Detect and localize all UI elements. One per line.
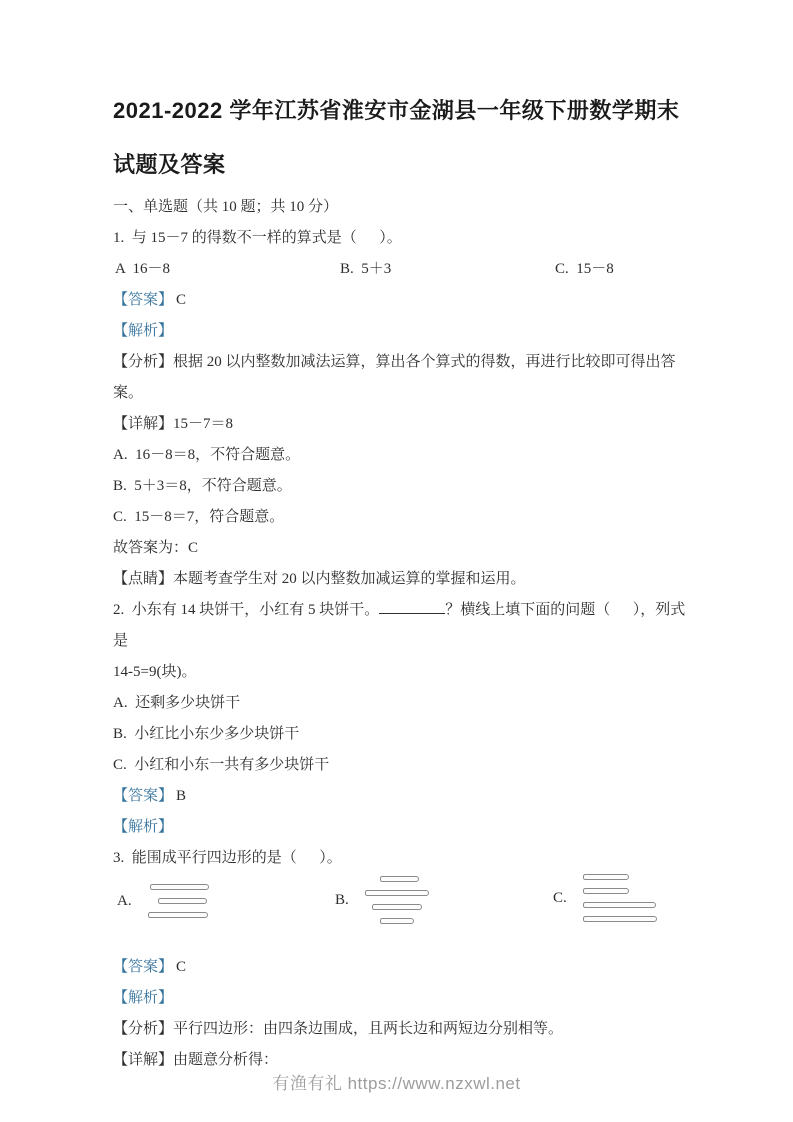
q3-answer-line: 【答案】C xyxy=(113,952,695,983)
q1-options-row: A 16－8 B. 5＋3 C. 15－8 xyxy=(113,254,695,285)
q1-answer-value: C xyxy=(176,292,186,308)
q2-analysis-tag-line: 【解析】 xyxy=(113,812,695,843)
stick-rod xyxy=(365,890,429,896)
q3-answer-value: C xyxy=(176,959,186,975)
q2-answer-value: B xyxy=(176,788,186,804)
q2-answer-line: 【答案】B xyxy=(113,781,695,812)
q3-analysis-tag-line: 【解析】 xyxy=(113,983,695,1014)
document-title: 2021-2022 学年江苏省淮安市金湖县一年级下册数学期末试题及答案 xyxy=(113,84,695,192)
q1-detail-a: A. 16－8＝8，不符合题意。 xyxy=(113,440,695,471)
q1-detail-b: B. 5＋3＝8，不符合题意。 xyxy=(113,471,695,502)
stick-rod xyxy=(583,888,629,894)
exam-document-page: 2021-2022 学年江苏省淮安市金湖县一年级下册数学期末试题及答案 一、单选… xyxy=(0,0,793,1122)
q3-analysis: 【分析】平行四边形：由四条边围成，且两长边和两短边分别相等。 xyxy=(113,1014,695,1045)
q3-figure-option-c: C. xyxy=(553,874,657,922)
q1-detail: 【详解】15－7＝8 xyxy=(113,409,695,440)
q1-stem: 1. 与 15－7 的得数不一样的算式是（ ）。 xyxy=(113,223,695,254)
stick-rod xyxy=(372,904,422,910)
stick-rod xyxy=(158,898,207,904)
q2-analysis-tag: 【解析】 xyxy=(113,819,173,835)
q1-option-b: B. 5＋3 xyxy=(340,254,391,285)
q1-analysis: 【分析】根据 20 以内整数加减法运算，算出各个算式的得数，再进行比较即可得出答… xyxy=(113,347,695,409)
q1-analysis-tag-line: 【解析】 xyxy=(113,316,695,347)
stick-rod xyxy=(380,918,414,924)
q1-answer-line: 【答案】C xyxy=(113,285,695,316)
section-heading: 一、单选题（共 10 题；共 10 分） xyxy=(113,192,695,223)
stick-rod xyxy=(583,874,629,880)
q2-stem: 2. 小东有 14 块饼干，小红有 5 块饼干。？横线上填下面的问题（ ），列式… xyxy=(113,595,695,657)
watermark-footer: 有渔有礼 https://www.nzxwl.net xyxy=(0,1069,793,1094)
stick-rod xyxy=(583,902,656,908)
q2-option-c: C. 小红和小东一共有多少块饼干 xyxy=(113,750,695,781)
q3-figure-b-label: B. xyxy=(335,892,349,909)
q3-figure-c-label: C. xyxy=(553,890,567,907)
q3-figure-a-label: A. xyxy=(117,893,132,910)
stick-rod xyxy=(150,884,209,890)
q2-option-b: B. 小红比小东少多少块饼干 xyxy=(113,719,695,750)
q3-figure-b-sticks xyxy=(365,876,429,924)
document-content: 2021-2022 学年江苏省淮安市金湖县一年级下册数学期末试题及答案 一、单选… xyxy=(113,84,695,1076)
q1-analysis-tag: 【解析】 xyxy=(113,323,173,339)
q2-answer-tag: 【答案】 xyxy=(113,788,173,804)
q3-analysis-tag: 【解析】 xyxy=(113,990,173,1006)
stick-rod xyxy=(148,912,208,918)
q3-figure-option-b: B. xyxy=(335,876,429,924)
q3-figure-c-sticks xyxy=(583,874,657,922)
q3-figure-a-sticks xyxy=(148,884,209,918)
stick-rod xyxy=(380,876,419,882)
q2-blank-line xyxy=(379,598,445,614)
q3-stem: 3. 能围成平行四边形的是（ ）。 xyxy=(113,843,695,874)
q1-conclusion: 故答案为：C xyxy=(113,533,695,564)
q3-figure-option-a: A. xyxy=(117,884,209,918)
q2-stem-before: 2. 小东有 14 块饼干，小红有 5 块饼干。 xyxy=(113,602,379,618)
q3-figures-row: A. B. C. xyxy=(113,874,695,952)
q1-answer-tag: 【答案】 xyxy=(113,292,173,308)
q1-note: 【点睛】本题考查学生对 20 以内整数加减运算的掌握和运用。 xyxy=(113,564,695,595)
q3-answer-tag: 【答案】 xyxy=(113,959,173,975)
q2-option-a: A. 还剩多少块饼干 xyxy=(113,688,695,719)
q1-option-a: A 16－8 xyxy=(115,254,170,285)
q2-stem-line2: 14-5=9(块)。 xyxy=(113,657,695,688)
q1-detail-c: C. 15－8＝7，符合题意。 xyxy=(113,502,695,533)
stick-rod xyxy=(583,916,657,922)
q1-option-c: C. 15－8 xyxy=(555,254,614,285)
